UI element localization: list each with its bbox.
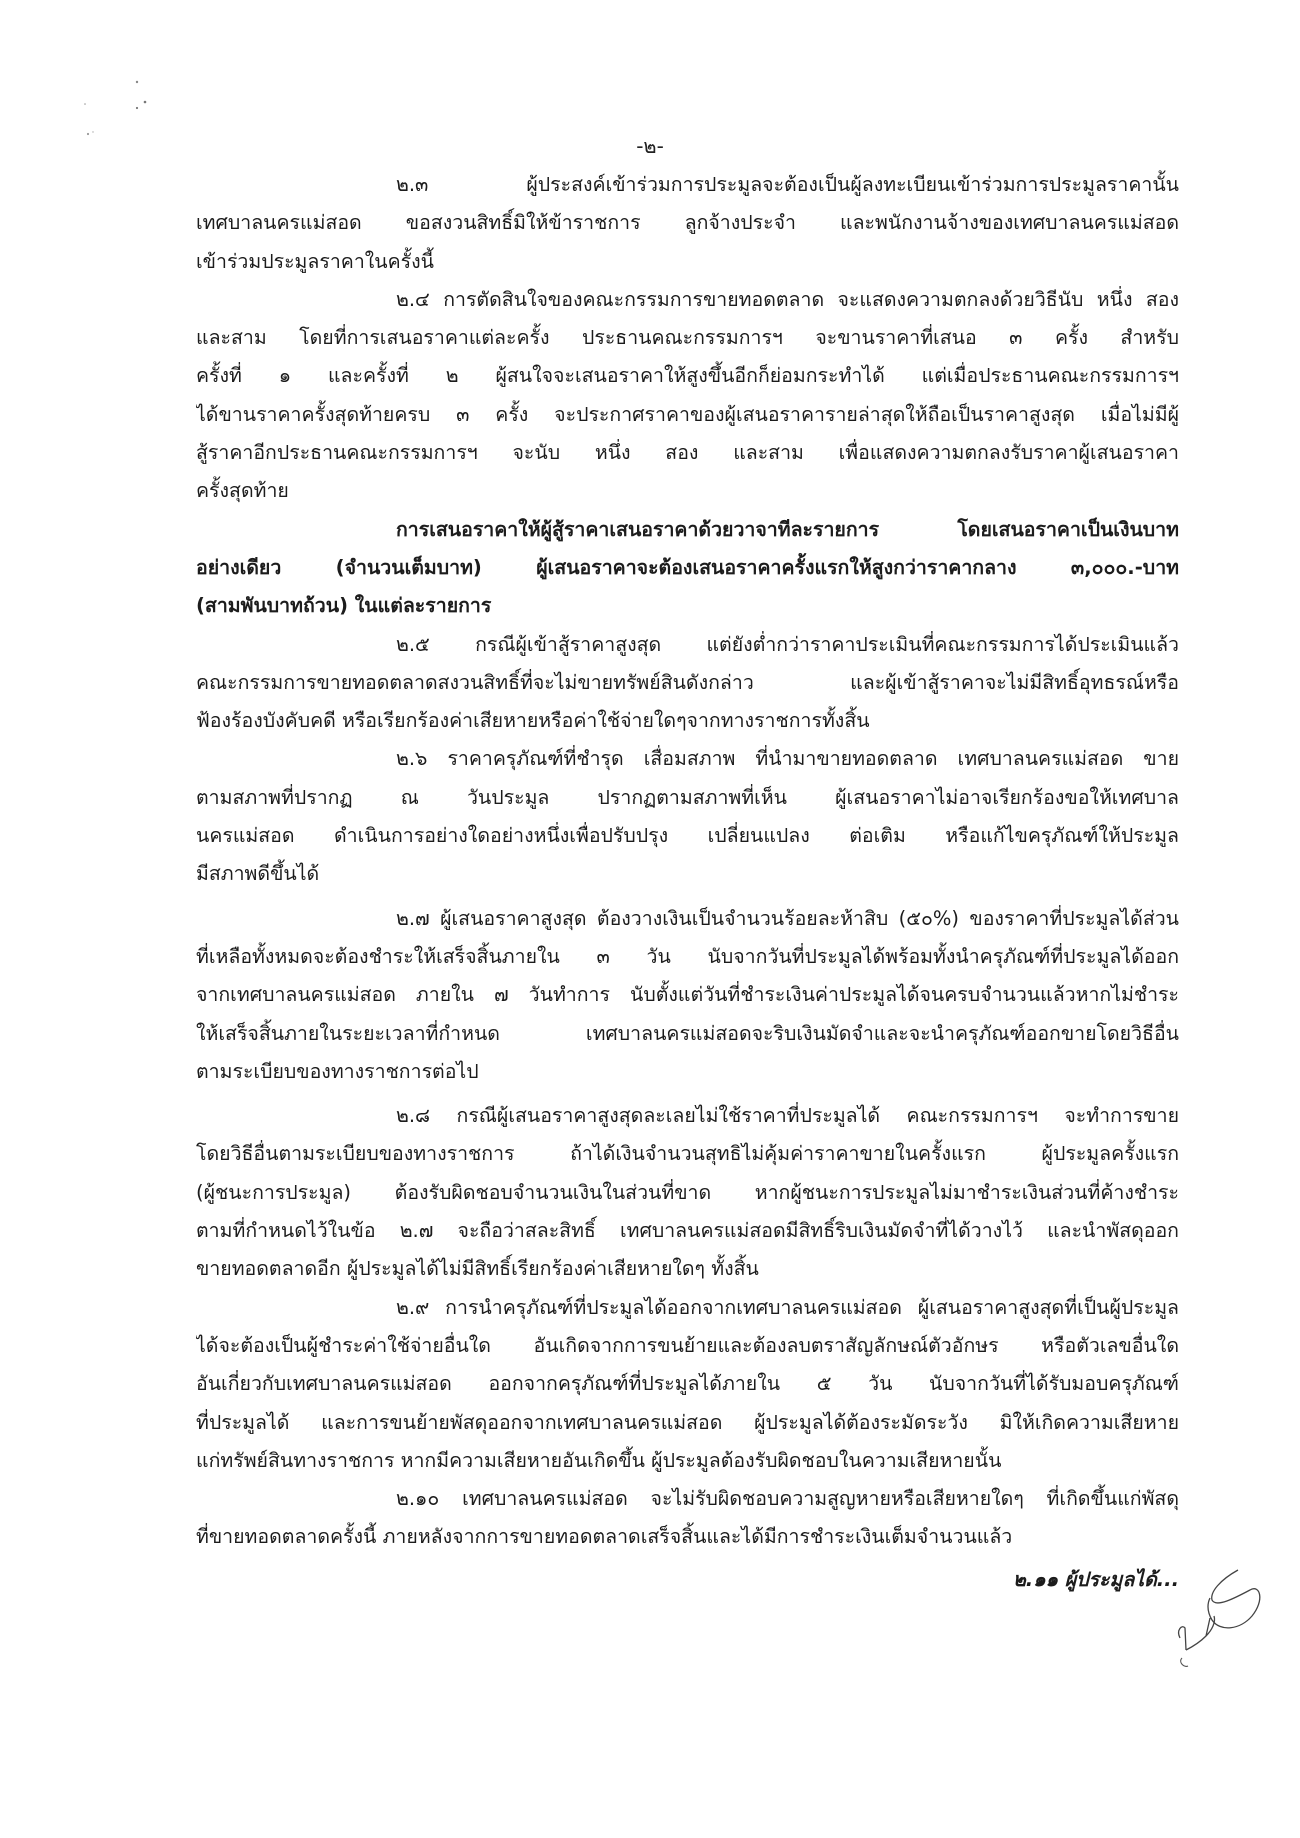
text-line: ที่ประมูลได้ และการขนย้ายพัสดุออกจากเทศบ… bbox=[196, 1404, 1179, 1442]
text-line: เข้าร่วมประมูลราคาในครั้งนี้ bbox=[196, 243, 1179, 281]
clause-2-8: ๒.๘ กรณีผู้เสนอราคาสูงสุดละเลยไม่ใช้ราคา… bbox=[196, 1097, 1179, 1288]
clause-2-9: ๒.๙ การนำครุภัณฑ์ที่ประมูลได้ออกจากเทศบา… bbox=[196, 1289, 1179, 1480]
bidding-rule-clause: การเสนอราคาให้ผู้สู้ราคาเสนอราคาด้วยวาจา… bbox=[196, 511, 1179, 626]
text-line: ได้ขานราคาครั้งสุดท้ายครบ ๓ ครั้ง จะประก… bbox=[196, 396, 1179, 434]
text-line: ได้จะต้องเป็นผู้ชำระค่าใช้จ่ายอื่นใด อัน… bbox=[196, 1327, 1179, 1365]
text-line: (สามพันบาทถ้วน) ในแต่ละรายการ bbox=[196, 587, 1179, 625]
text-line: ๒.๑๐ เทศบาลนครแม่สอด จะไม่รับผิดชอบความส… bbox=[196, 1480, 1179, 1518]
text-line: ให้เสร็จสิ้นภายในระยะเวลาที่กำหนด เทศบาล… bbox=[196, 1015, 1179, 1053]
text-line: ที่เหลือทั้งหมดจะต้องชำระให้เสร็จสิ้นภาย… bbox=[196, 938, 1179, 976]
clause-2-10: ๒.๑๐ เทศบาลนครแม่สอด จะไม่รับผิดชอบความส… bbox=[196, 1480, 1179, 1557]
text-line: ๒.๔ การตัดสินใจของคณะกรรมการขายทอดตลาด จ… bbox=[196, 281, 1179, 319]
text-line: ๒.๗ ผู้เสนอราคาสูงสุด ต้องวางเงินเป็นจำน… bbox=[196, 900, 1179, 938]
text-line: โดยวิธีอื่นตามระเบียบของทางราชการ ถ้าได้… bbox=[196, 1135, 1179, 1173]
text-line: ๒.๕ กรณีผู้เข้าสู้ราคาสูงสุด แต่ยังต่ำกว… bbox=[196, 626, 1179, 664]
text-line: คณะกรรมการขายทอดตลาดสงวนสิทธิ์ที่จะไม่ขา… bbox=[196, 664, 1179, 702]
text-line: ๒.๘ กรณีผู้เสนอราคาสูงสุดละเลยไม่ใช้ราคา… bbox=[196, 1097, 1179, 1135]
text-line: ตามสภาพที่ปรากฏ ณ วันประมูล ปรากฏตามสภาพ… bbox=[196, 779, 1179, 817]
clause-2-3: ๒.๓ ผู้ประสงค์เข้าร่วมการประมูลจะต้องเป็… bbox=[196, 166, 1179, 281]
text-line: อย่างเดียว (จำนวนเต็มบาท) ผู้เสนอราคาจะต… bbox=[196, 549, 1179, 587]
text-line: สู้ราคาอีกประธานคณะกรรมการฯ จะนับ หนึ่ง … bbox=[196, 434, 1179, 472]
text-line: ฟ้องร้องบังคับคดี หรือเรียกร้องค่าเสียหา… bbox=[196, 702, 1179, 740]
text-line: ขายทอดตลาดอีก ผู้ประมูลได้ไม่มีสิทธิ์เรี… bbox=[196, 1250, 1179, 1288]
text-line: การเสนอราคาให้ผู้สู้ราคาเสนอราคาด้วยวาจา… bbox=[196, 511, 1179, 549]
handwritten-signature bbox=[1160, 1560, 1280, 1670]
continuation-marker: ๒.๑๑ ผู้ประมูลได้... bbox=[196, 1561, 1179, 1599]
text-line: เทศบาลนครแม่สอด ขอสงวนสิทธิ์มิให้ข้าราชก… bbox=[196, 204, 1179, 242]
text-line: และสาม โดยที่การเสนอราคาแต่ละครั้ง ประธา… bbox=[196, 319, 1179, 357]
text-line: ๒.๓ ผู้ประสงค์เข้าร่วมการประมูลจะต้องเป็… bbox=[196, 166, 1179, 204]
text-line: นครแม่สอด ดำเนินการอย่างใดอย่างหนึ่งเพื่… bbox=[196, 817, 1179, 855]
text-line: ครั้งสุดท้าย bbox=[196, 472, 1179, 510]
text-line: แก่ทรัพย์สินทางราชการ หากมีความเสียหายอั… bbox=[196, 1442, 1179, 1480]
clause-2-5: ๒.๕ กรณีผู้เข้าสู้ราคาสูงสุด แต่ยังต่ำกว… bbox=[196, 626, 1179, 741]
text-line: ครั้งที่ ๑ และครั้งที่ ๒ ผู้สนใจจะเสนอรา… bbox=[196, 357, 1179, 395]
clause-2-4: ๒.๔ การตัดสินใจของคณะกรรมการขายทอดตลาด จ… bbox=[196, 281, 1179, 511]
text-line: จากเทศบาลนครแม่สอด ภายใน ๗ วันทำการ นับต… bbox=[196, 976, 1179, 1014]
clause-2-6: ๒.๖ ราคาครุภัณฑ์ที่ชำรุด เสื่อมสภาพ ที่น… bbox=[196, 740, 1179, 893]
text-line: ตามที่กำหนดไว้ในข้อ ๒.๗ จะถือว่าสละสิทธิ… bbox=[196, 1212, 1179, 1250]
text-line: (ผู้ชนะการประมูล) ต้องรับผิดชอบจำนวนเงิน… bbox=[196, 1174, 1179, 1212]
document-body: ๒.๓ ผู้ประสงค์เข้าร่วมการประมูลจะต้องเป็… bbox=[196, 166, 1179, 1599]
text-line: ๒.๖ ราคาครุภัณฑ์ที่ชำรุด เสื่อมสภาพ ที่น… bbox=[196, 740, 1179, 778]
document-page: -๒- ๒.๓ ผู้ประสงค์เข้าร่วมการประมูลจะต้อ… bbox=[0, 0, 1300, 1838]
text-line: อันเกี่ยวกับเทศบาลนครแม่สอด ออกจากครุภัณ… bbox=[196, 1365, 1179, 1403]
text-line: มีสภาพดีขึ้นได้ bbox=[196, 855, 1179, 893]
text-line: ที่ขายทอดตลาดครั้งนี้ ภายหลังจากการขายทอ… bbox=[196, 1518, 1179, 1556]
page-number: -๒- bbox=[0, 130, 1300, 162]
text-line: ตามระเบียบของทางราชการต่อไป bbox=[196, 1053, 1179, 1091]
clause-2-7: ๒.๗ ผู้เสนอราคาสูงสุด ต้องวางเงินเป็นจำน… bbox=[196, 900, 1179, 1091]
text-line: ๒.๙ การนำครุภัณฑ์ที่ประมูลได้ออกจากเทศบา… bbox=[196, 1289, 1179, 1327]
